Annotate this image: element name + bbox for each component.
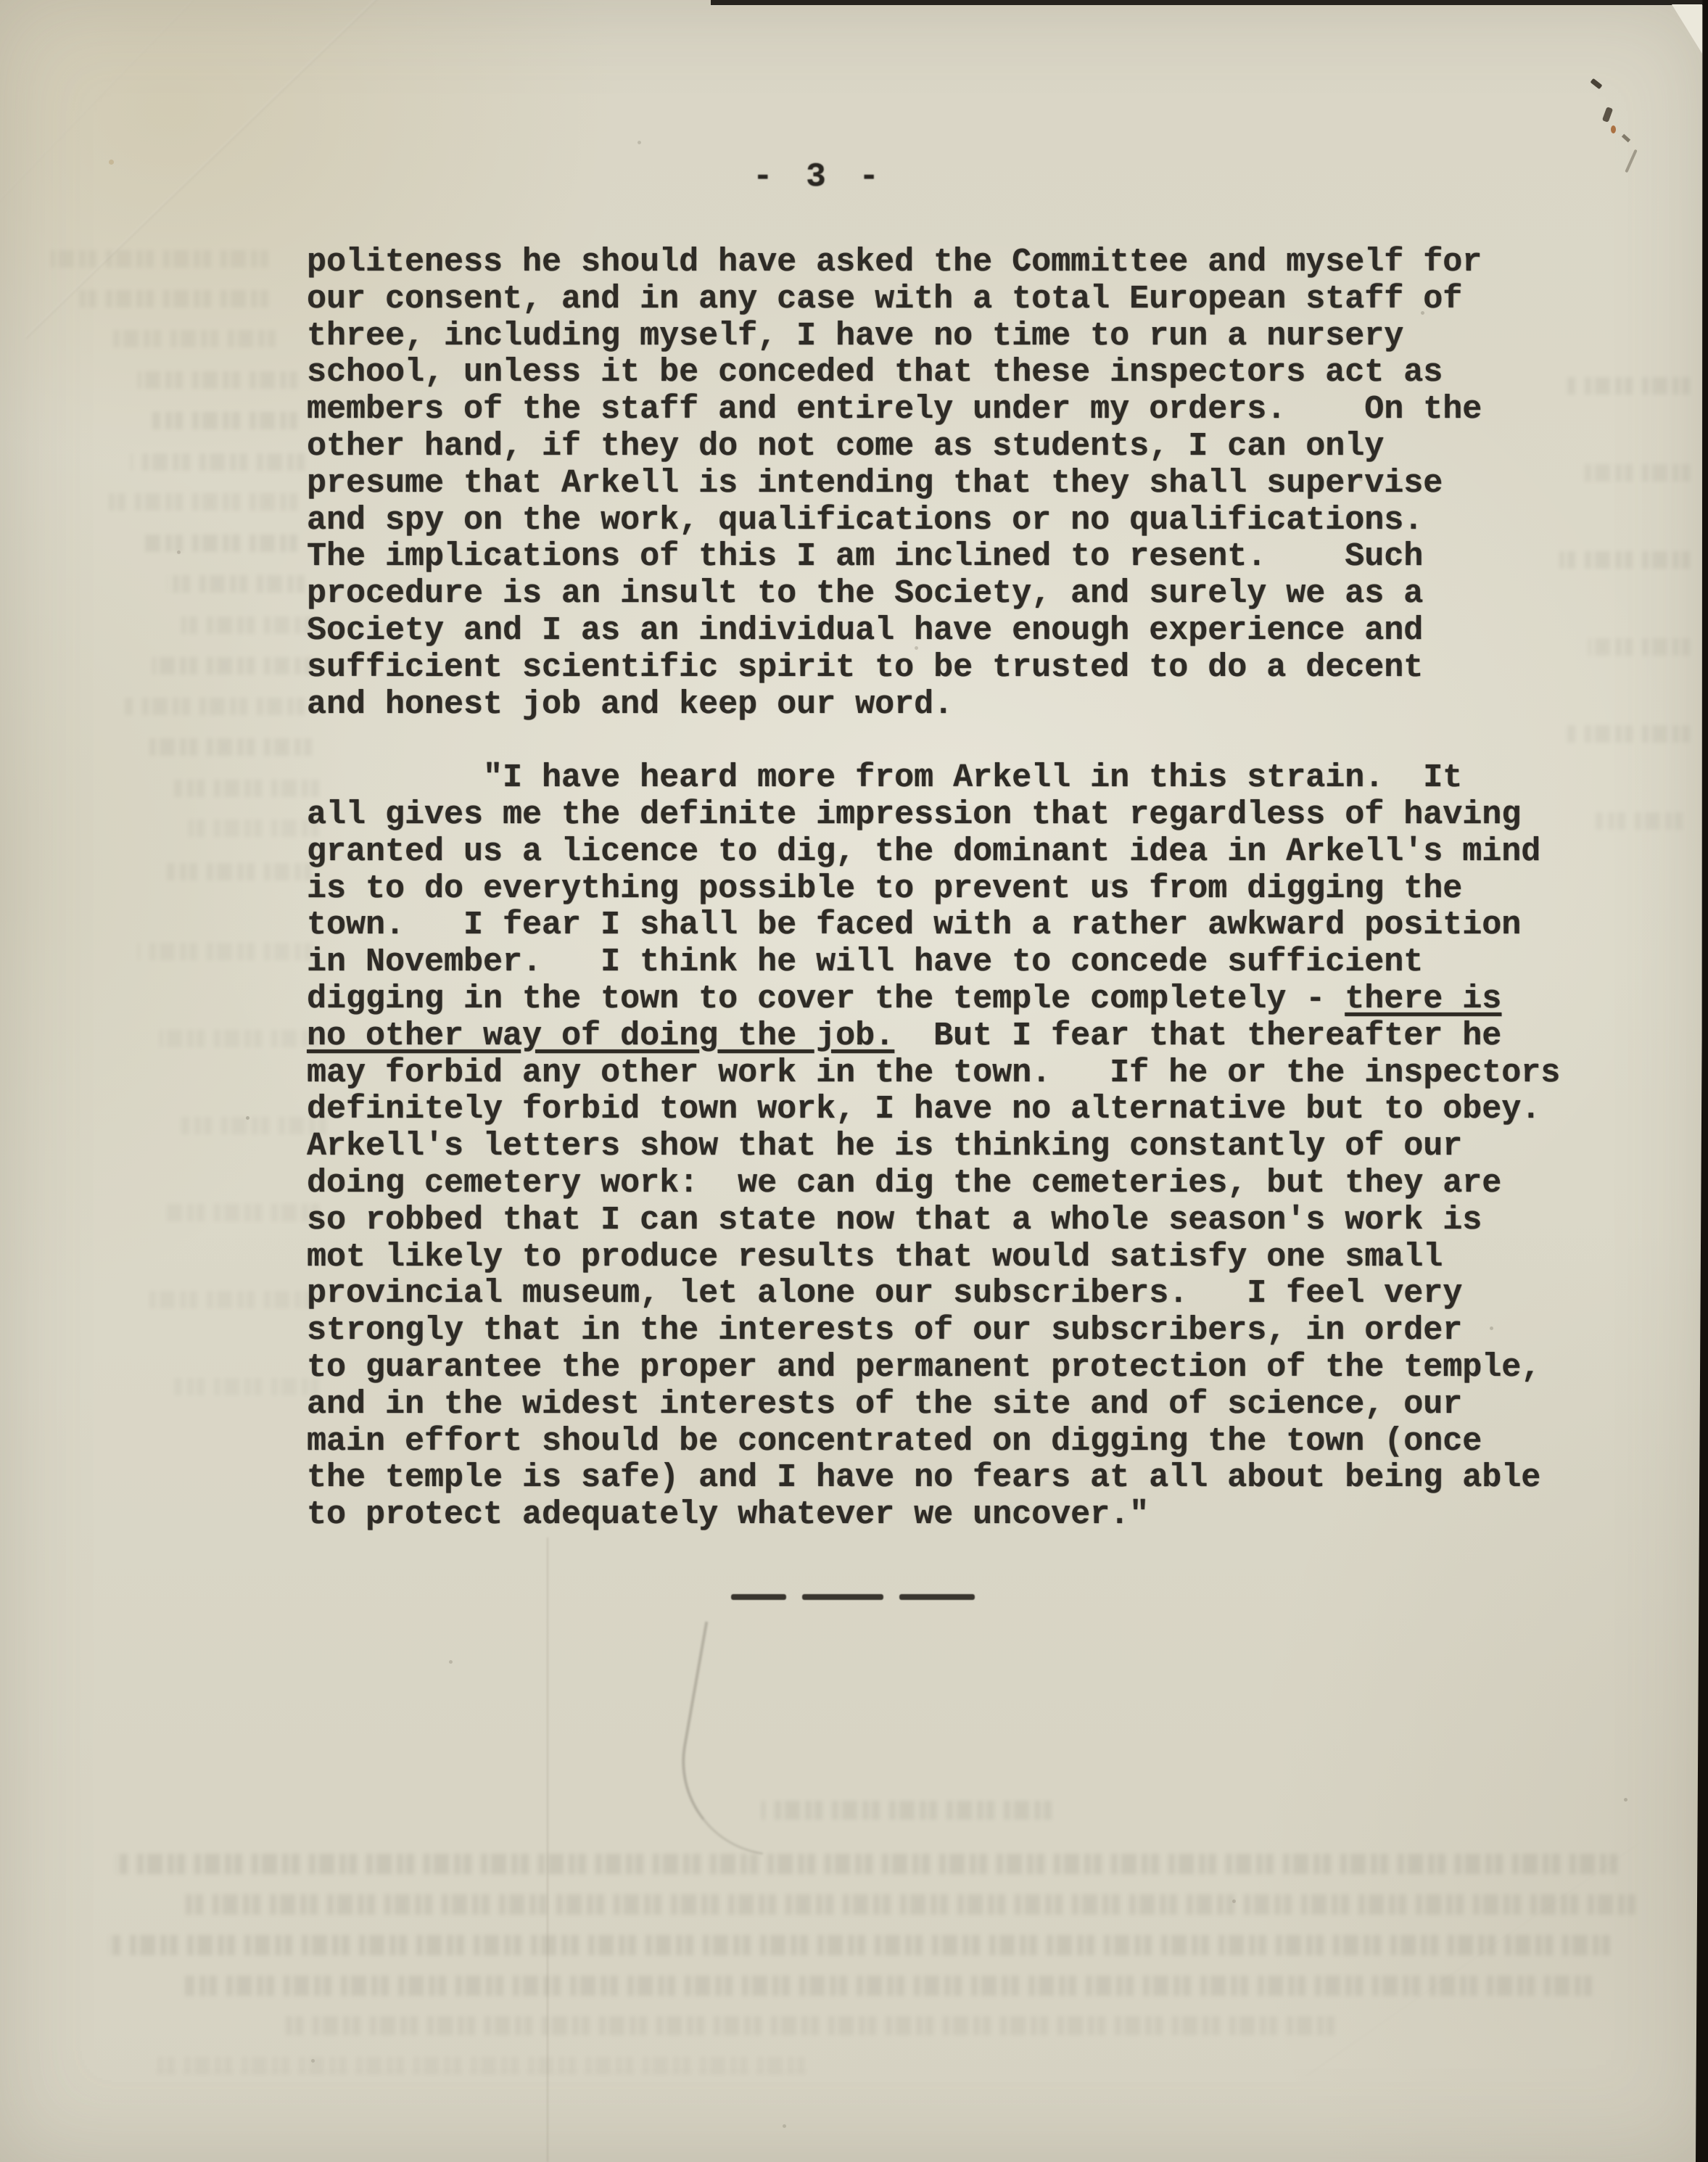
text-line: members of the staff and entirely under … xyxy=(307,392,1656,429)
bleed-through-line xyxy=(138,371,297,389)
text-line: to guarantee the proper and permanent pr… xyxy=(307,1350,1656,1387)
bleed-through-line xyxy=(138,943,312,960)
bleed-through-line xyxy=(145,738,312,756)
text-line: so robbed that I can state now that a wh… xyxy=(307,1202,1656,1239)
text-line: may forbid any other work in the town. I… xyxy=(307,1055,1656,1092)
text-line: school, unless it be conceded that these… xyxy=(307,355,1656,392)
text-line: is to do everything possible to prevent … xyxy=(307,871,1656,908)
text-segment: "I have heard more from Arkell in this s… xyxy=(307,759,1462,796)
text-line: granted us a licence to dig, the dominan… xyxy=(307,834,1656,871)
text-segment: Arkell's letters show that he is thinkin… xyxy=(307,1128,1462,1165)
text-line: other hand, if they do not come as stude… xyxy=(307,429,1656,466)
bleed-through-line xyxy=(167,575,305,593)
text-line: presume that Arkell is intending that th… xyxy=(307,466,1656,503)
text-line: politeness he should have asked the Comm… xyxy=(307,244,1656,281)
fold-crease xyxy=(1305,1842,1639,2076)
text-segment: to protect adequately whatever we uncove… xyxy=(307,1496,1149,1533)
text-line: our consent, and in any case with a tota… xyxy=(307,281,1656,318)
text-segment: three, including myself, I have no time … xyxy=(307,318,1403,355)
bleed-through-line xyxy=(189,820,319,837)
bleed-through-line xyxy=(185,1976,1592,1996)
bleed-through-line xyxy=(80,290,268,308)
text-segment: and honest job and keep our word. xyxy=(307,686,953,723)
bleed-through-line xyxy=(145,535,297,552)
text-segment: politeness he should have asked the Comm… xyxy=(307,244,1482,281)
text-line: and in the widest interests of the site … xyxy=(307,1387,1656,1424)
page-number: - 3 - xyxy=(753,158,886,196)
text-segment: may forbid any other work in the town. I… xyxy=(307,1055,1560,1092)
scratch-mark xyxy=(1622,134,1630,143)
text-segment: procedure is an insult to the Society, a… xyxy=(307,575,1423,612)
text-segment: provincial museum, let alone our subscri… xyxy=(307,1275,1462,1312)
text-line: strongly that in the interests of our su… xyxy=(307,1313,1656,1350)
text-line: to protect adequately whatever we uncove… xyxy=(307,1497,1656,1534)
rust-speck xyxy=(1611,125,1616,133)
text-segment: to guarantee the proper and permanent pr… xyxy=(307,1349,1540,1386)
corner-fold xyxy=(1672,4,1702,54)
text-segment: other hand, if they do not come as stude… xyxy=(307,428,1384,465)
text-line: procedure is an insult to the Society, a… xyxy=(307,576,1656,613)
text-segment: sufficient scientific spirit to be trust… xyxy=(307,649,1423,686)
bleed-through-line xyxy=(152,2057,805,2074)
text-segment: so robbed that I can state now that a wh… xyxy=(307,1202,1482,1239)
text-segment: definitely forbid town work, I have no a… xyxy=(307,1091,1540,1128)
scratch-mark xyxy=(1602,107,1613,123)
text-segment: But I fear that thereafter he xyxy=(894,1018,1501,1055)
text-line: main effort should be concentrated on di… xyxy=(307,1424,1656,1461)
scan-edge-top xyxy=(711,0,1708,5)
text-line: "I have heard more from Arkell in this s… xyxy=(307,760,1656,797)
text-segment: all gives me the definite impression tha… xyxy=(307,796,1521,833)
text-segment: main effort should be concentrated on di… xyxy=(307,1423,1482,1460)
scratch-mark xyxy=(1625,149,1637,173)
text-line: The implications of this I am inclined t… xyxy=(307,539,1656,576)
text-segment: digging in the town to cover the temple … xyxy=(307,981,1345,1018)
bleed-through-line xyxy=(152,412,297,429)
text-segment: town. I fear I shall be faced with a rat… xyxy=(307,907,1521,944)
dash-segment xyxy=(731,1594,786,1600)
text-line: definitely forbid town work, I have no a… xyxy=(307,1092,1656,1129)
text-segment: the temple is safe) and I have no fears … xyxy=(307,1459,1540,1496)
text-segment: doing cemetery work: we can dig the ceme… xyxy=(307,1165,1501,1202)
text-line: no other way of doing the job. But I fea… xyxy=(307,1018,1656,1055)
pencil-mark xyxy=(667,1622,801,1855)
text-segment: and in the widest interests of the site … xyxy=(307,1386,1462,1423)
bleed-through-line xyxy=(145,1291,312,1308)
bleed-through-line xyxy=(185,1894,1635,1915)
text-segment: Society and I as an individual have enou… xyxy=(307,612,1423,649)
scanned-page: - 3 - politeness he should have asked th… xyxy=(0,0,1708,2162)
scratch-mark xyxy=(1591,78,1603,89)
dash-segment xyxy=(802,1594,883,1600)
paragraph: "I have heard more from Arkell in this s… xyxy=(307,760,1656,1534)
bleed-through-line xyxy=(174,780,319,797)
paragraph: politeness he should have asked the Comm… xyxy=(307,244,1656,723)
bleed-through-line xyxy=(109,493,297,511)
bleed-through-line xyxy=(152,657,312,674)
text-segment: granted us a licence to dig, the dominan… xyxy=(307,833,1540,870)
text-segment: mot likely to produce results that would… xyxy=(307,1239,1443,1276)
dash-segment xyxy=(899,1594,975,1600)
bleed-through-line xyxy=(51,250,268,268)
text-line: all gives me the definite impression tha… xyxy=(307,797,1656,834)
text-line: Arkell's letters show that he is thinkin… xyxy=(307,1129,1656,1165)
bleed-through-line xyxy=(109,330,276,347)
text-line: and honest job and keep our word. xyxy=(307,687,1656,724)
bleed-through-line xyxy=(116,1854,1617,1874)
bleed-through-line xyxy=(123,698,305,715)
text-line: provincial museum, let alone our subscri… xyxy=(307,1276,1656,1313)
underlined-text: no other way of doing the job. xyxy=(307,1018,894,1055)
paper-specks xyxy=(0,0,2,2)
bleed-through-line xyxy=(109,1935,1610,1955)
text-segment: and spy on the work, qualifications or n… xyxy=(307,502,1423,539)
text-line: and spy on the work, qualifications or n… xyxy=(307,503,1656,540)
fold-crease xyxy=(0,0,194,220)
text-line: Society and I as an individual have enou… xyxy=(307,613,1656,650)
bleed-through-line xyxy=(167,863,312,880)
bleed-through-line xyxy=(174,1378,319,1395)
text-line: mot likely to produce results that would… xyxy=(307,1239,1656,1276)
text-segment: The implications of this I am inclined t… xyxy=(307,538,1423,575)
text-line: doing cemetery work: we can dig the ceme… xyxy=(307,1165,1656,1202)
bleed-through-line xyxy=(160,1030,319,1047)
text-segment: school, unless it be conceded that these… xyxy=(307,354,1443,391)
text-line: in November. I think he will have to con… xyxy=(307,944,1656,981)
bleed-through-line xyxy=(181,1117,326,1134)
text-line: three, including myself, I have no time … xyxy=(307,318,1656,355)
scan-edge-right xyxy=(1693,0,1708,2162)
dashed-rule xyxy=(731,1593,1036,1601)
bleed-through-line xyxy=(762,1801,1052,1820)
underlined-text: there is xyxy=(1345,981,1501,1018)
text-segment: members of the staff and entirely under … xyxy=(307,391,1482,428)
text-segment: our consent, and in any case with a tota… xyxy=(307,281,1462,318)
bleed-through-line xyxy=(181,616,312,634)
text-segment: strongly that in the interests of our su… xyxy=(307,1312,1462,1349)
bleed-through-line xyxy=(167,1204,319,1221)
text-segment: presume that Arkell is intending that th… xyxy=(307,465,1443,502)
bleed-through-line xyxy=(283,2016,1334,2035)
text-line: town. I fear I shall be faced with a rat… xyxy=(307,907,1656,944)
text-segment: in November. I think he will have to con… xyxy=(307,944,1423,981)
text-line: sufficient scientific spirit to be trust… xyxy=(307,650,1656,687)
bleed-through-line xyxy=(131,453,305,471)
text-segment: is to do everything possible to prevent … xyxy=(307,870,1462,907)
typewritten-text: politeness he should have asked the Comm… xyxy=(307,244,1656,1534)
text-line: digging in the town to cover the temple … xyxy=(307,981,1656,1018)
text-line: the temple is safe) and I have no fears … xyxy=(307,1460,1656,1497)
